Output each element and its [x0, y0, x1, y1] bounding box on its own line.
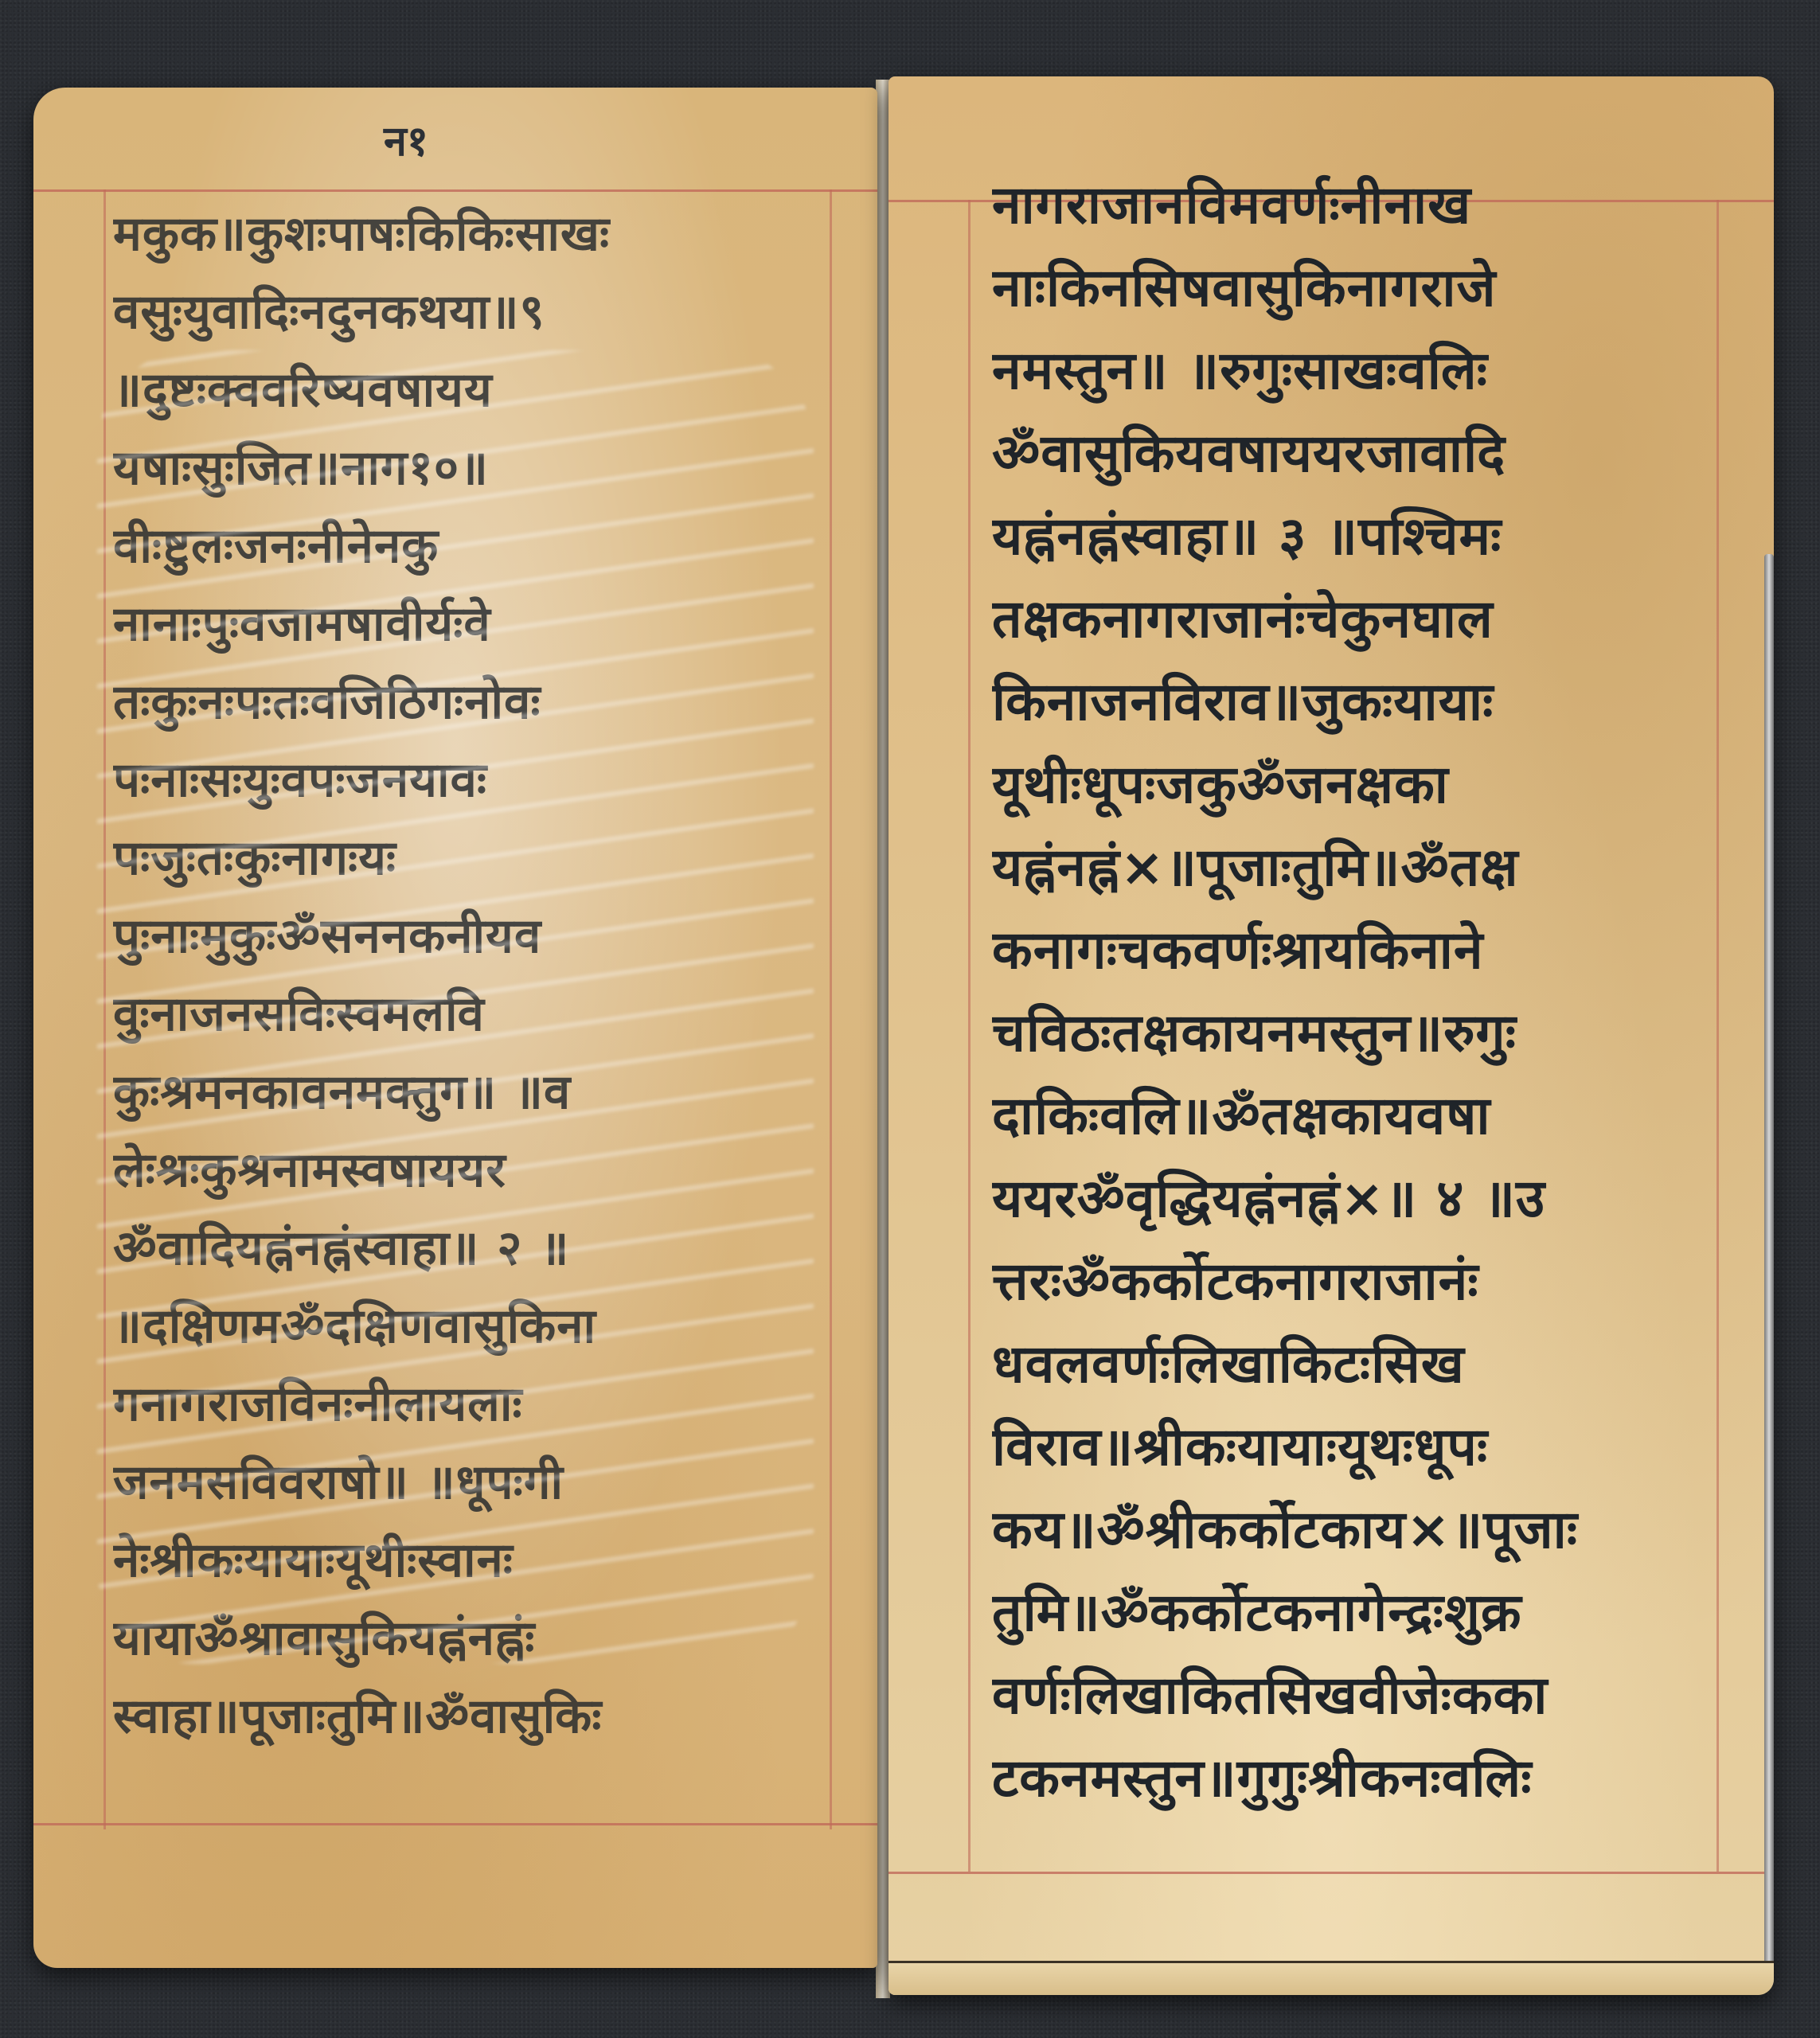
- text-line: नाःकिनसिषवासुकिनागराजे: [992, 247, 1774, 330]
- binding-edge: [1764, 554, 1774, 1987]
- text-line: यायाॐश्रावासुकियह्नंनह्नंः: [113, 1599, 846, 1677]
- ruling-line-bottom: [889, 1872, 1774, 1874]
- left-page: न१ मकुक॥कुशःपाषःकिकिःसाखः वसुःयुवादिःनदु…: [33, 88, 877, 1968]
- text-line: लेःश्रःकुश्रनामस्वषाययर: [113, 1131, 846, 1209]
- text-line: दाकिःवलि॥ॐतक्षकायवषा: [992, 1075, 1774, 1158]
- text-line: यूथीःधूपःजकुॐजनक्षका: [992, 744, 1774, 826]
- text-line: विराव॥श्रीकःयायाःयूथःधूपः: [992, 1406, 1774, 1489]
- text-line: चविठःतक्षकायनमस्तुन॥रुगुः: [992, 992, 1774, 1075]
- text-line: किनाजनविराव॥जुकःयायाः: [992, 661, 1774, 744]
- ruling-margin-left: [103, 189, 106, 1829]
- right-page-text: नागराजानविमवर्णःनीनाख नाःकिनसिषवासुकिनाग…: [992, 164, 1774, 1820]
- text-line: कय॥ॐश्रीकर्कोटकाय×॥पूजाः: [992, 1489, 1774, 1571]
- text-line: मकुक॥कुशःपाषःकिकिःसाखः: [113, 195, 846, 273]
- text-line: कनागःचकवर्णःश्रायकिनाने: [992, 909, 1774, 992]
- text-line: ॐवादियह्नंनह्नंस्वाहा॥ २ ॥: [113, 1209, 846, 1287]
- text-line: ययरॐवृद्धियह्नंनह्नं×॥ ४ ॥उ: [992, 1158, 1774, 1240]
- ruling-margin-left: [968, 200, 971, 1872]
- text-line: पःजुःतःकुःनागःयः: [113, 819, 846, 897]
- ruling-line-top: [33, 189, 877, 192]
- text-line: स्वाहा॥पूजाःतुमि॥ॐवासुकिः: [113, 1677, 846, 1755]
- text-line: यह्नंनह्नंस्वाहा॥ ३ ॥पश्चिमः: [992, 495, 1774, 578]
- text-line: तक्षकनागराजानंःचेकुनघाल: [992, 578, 1774, 661]
- text-line: त्तरःॐकर्कोटकनागराजानंः: [992, 1240, 1774, 1323]
- text-line: गनागराजविनःनीलायलाः: [113, 1365, 846, 1443]
- text-line: पुःनाःमुकुःॐसननकनीयव: [113, 897, 846, 975]
- text-line: जनमसविवराषो॥ ॥धूपःगी: [113, 1443, 846, 1521]
- ruling-line-bottom: [33, 1823, 877, 1825]
- text-line: टकनमस्तुन॥गुगुःश्रीकनःवलिः: [992, 1737, 1774, 1820]
- text-line: वर्णःलिखाकितसिखवीजेःकका: [992, 1654, 1774, 1737]
- text-line: वुःनाजनसविःस्वमलवि: [113, 975, 846, 1053]
- text-line: यषाःसुःजित॥नाग१०॥: [113, 429, 846, 507]
- text-line: तुमि॥ॐकर्कोटकनागेन्द्रःशुक्र: [992, 1571, 1774, 1654]
- text-line: ॥दुष्टःक्ववरिष्यवषायय: [113, 351, 846, 429]
- right-page: नागराजानविमवर्णःनीनाख नाःकिनसिषवासुकिनाग…: [889, 76, 1774, 1995]
- text-line: तःकुःनःपःतःवजिठिगःनोवः: [113, 663, 846, 741]
- text-line: पःनाःसःयुःवपःजनयावः: [113, 741, 846, 819]
- left-page-text: मकुक॥कुशःपाषःकिकिःसाखः वसुःयुवादिःनदुनकथ…: [113, 195, 846, 1755]
- folio-number: न१: [384, 111, 428, 168]
- text-line: धवलवर्णःलिखाकिटःसिख: [992, 1323, 1774, 1406]
- text-line: ॥दक्षिणमॐदक्षिणवासुकिना: [113, 1287, 846, 1365]
- text-line: नमस्तुन॥ ॥रुगुःसाखःवलिः: [992, 330, 1774, 412]
- text-line: वसुःयुवादिःनदुनकथया॥९: [113, 273, 846, 351]
- text-line: नेःश्रीकःयायाःयूथीःस्वानः: [113, 1521, 846, 1599]
- text-line: कुःश्रमनकावनमक्तुग॥ ॥व: [113, 1053, 846, 1131]
- text-line: नानाःपुःवजामषावीर्यःवे: [113, 585, 846, 663]
- text-line: यह्नंनह्नं×॥पूजाःतुमि॥ॐतक्ष: [992, 826, 1774, 909]
- text-line: वीःष्टुलःजनःनीनेनकु: [113, 507, 846, 585]
- text-line: ॐवासुकियवषाययरजावादि: [992, 412, 1774, 495]
- text-line: नागराजानविमवर्णःनीनाख: [992, 164, 1774, 247]
